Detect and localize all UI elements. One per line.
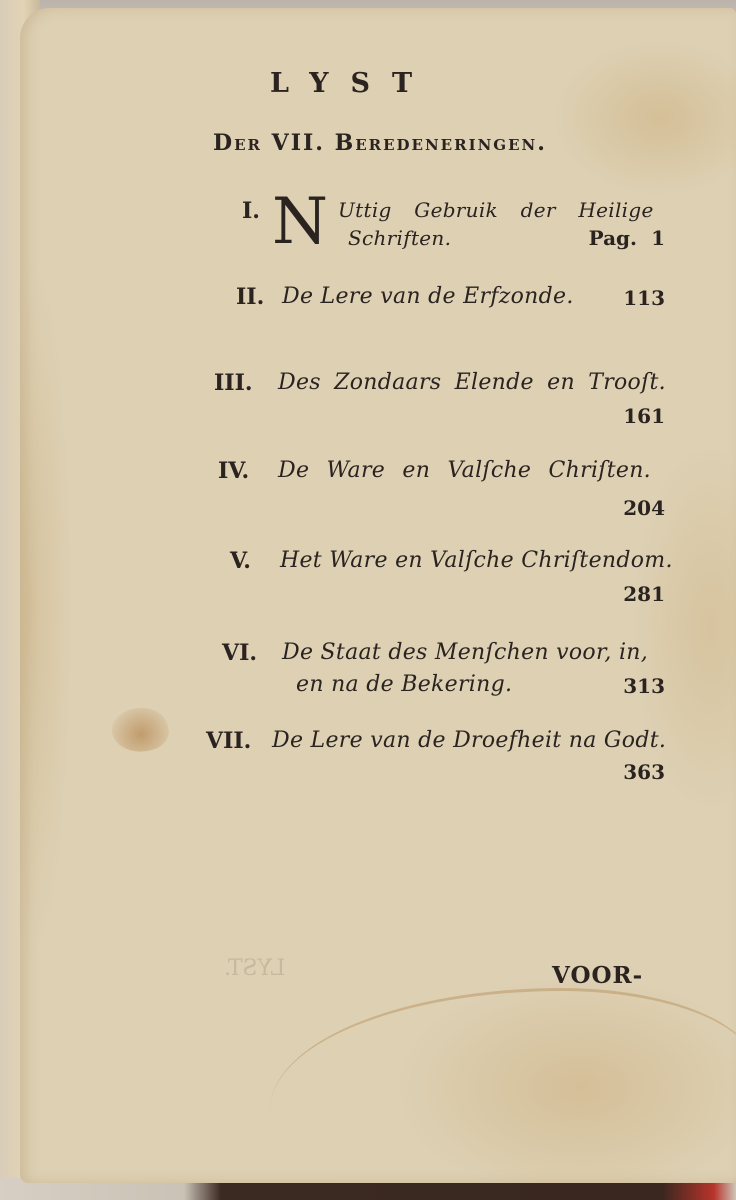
entry-numeral: VII. — [206, 728, 251, 754]
entry-title-line1: Des Zondaars Elende en Trooſt. — [278, 370, 666, 395]
entry-page-number: 204 — [623, 496, 665, 520]
entry-title-line1: Uttig Gebruik der Heilige — [338, 198, 654, 222]
entry-numeral: II. — [236, 284, 264, 310]
entry-title-line2: en na de Bekering. — [296, 672, 512, 697]
entry-page-number: 113 — [623, 286, 665, 310]
entry-numeral: V. — [230, 548, 251, 574]
entry-title-line1: De Ware en Valſche Chriſten. — [278, 458, 651, 483]
water-stain — [108, 703, 172, 758]
entry-title-line1: De Lere van de Erfzonde. — [282, 284, 574, 309]
entry-numeral: IV. — [218, 458, 249, 484]
entry-title-line1: De Lere van de Droefheit na Godt. — [272, 728, 666, 753]
entry-page-number: 281 — [623, 582, 665, 606]
entry-numeral: VI. — [222, 640, 257, 666]
show-through-text: LYST. — [224, 956, 285, 981]
tide-line-stain — [270, 988, 736, 1191]
entry-numeral: III. — [214, 370, 253, 396]
running-title: LYST — [270, 68, 630, 99]
page-prefix: Pag. — [589, 226, 637, 250]
entry-title-line2: Schriften. — [348, 226, 451, 250]
drop-cap: N — [272, 190, 328, 254]
catchword: VOOR- — [552, 962, 643, 989]
entry-page-number: 1 — [651, 226, 665, 250]
entry-page-number: 313 — [623, 674, 665, 698]
entry-title-line1: De Staat des Menſchen voor, in, — [282, 640, 648, 665]
entry-page-number: 363 — [623, 760, 665, 784]
entry-page-number: 161 — [623, 404, 665, 428]
entry-title-line1: Het Ware en Valſche Chriſtendom. — [280, 548, 673, 573]
list-subtitle: Der VII. Beredeneringen. — [213, 130, 673, 156]
entry-numeral: I. — [242, 198, 260, 224]
